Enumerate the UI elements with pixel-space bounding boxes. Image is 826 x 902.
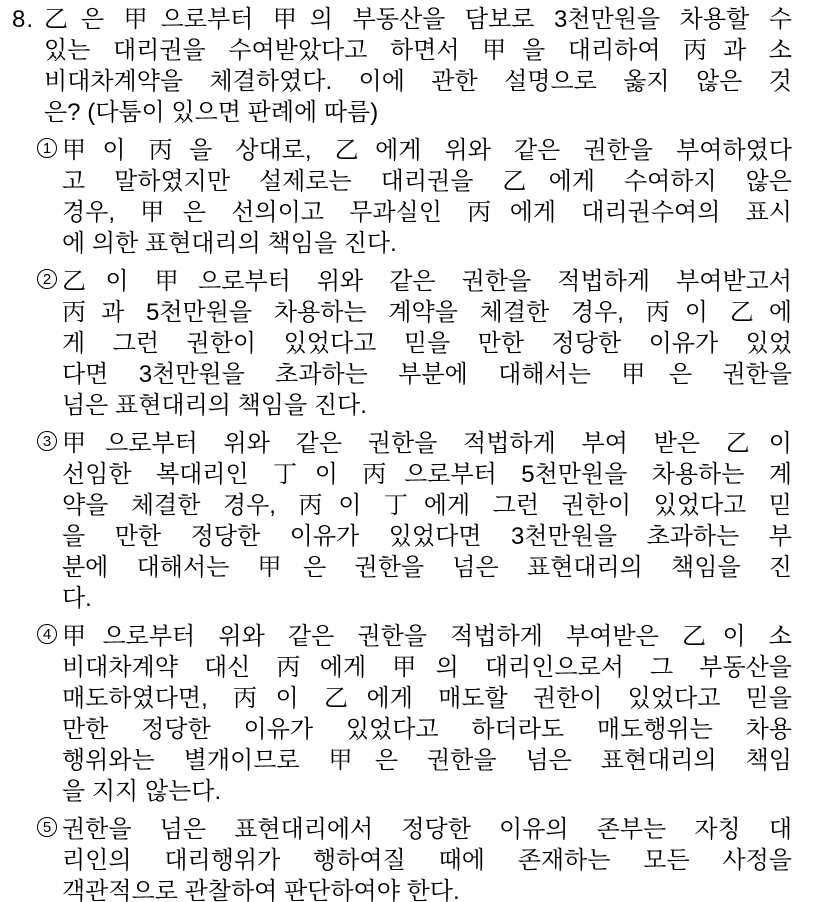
question-line: 乙은 甲으로부터 甲의 부동산을 담보로 3천만원을 차용할 수 [44, 4, 792, 35]
option-line: 게 그런 권한이 있었다고 믿을 만한 정당한 이유가 있었 [62, 328, 792, 359]
option-line: 을 만한 정당한 이유가 있었다면 3천만원을 초과하는 부 [62, 521, 792, 552]
option-line: 객관적으로 관찰하여 판단하여야 한다. [62, 876, 792, 902]
option-line: 다. [62, 583, 792, 614]
option-line: 넘은 표현대리의 책임을 진다. [62, 390, 792, 421]
option-line: 약을 체결한 경우, 丙이 丁에게 그런 권한이 있었다고 믿 [62, 490, 792, 521]
option-line: 권한을 넘은 표현대리에서 정당한 이유의 존부는 자칭 대 [62, 814, 792, 845]
option-1: 1 甲이 丙을 상대로, 乙에게 위와 같은 권한을 부여하였다 고 말하였지만… [62, 135, 792, 259]
exam-document: 8. 乙은 甲으로부터 甲의 부동산을 담보로 3천만원을 차용할 수 있는 대… [0, 0, 826, 902]
option-line: 매도하였다면, 丙이 乙에게 매도할 권한이 있었다고 믿을 [62, 683, 792, 714]
option-line: 甲이 丙을 상대로, 乙에게 위와 같은 권한을 부여하였다 [62, 135, 792, 166]
option-line: 만한 정당한 이유가 있었다고 하더라도 매도행위는 차용 [62, 714, 792, 745]
option-4-circled-number: 4 [37, 624, 57, 644]
option-line: 고 말하였지만 설제로는 대리권을 乙에게 수여하지 않은 [62, 166, 792, 197]
option-line: 을 지지 않는다. [62, 776, 792, 807]
option-5-circled-number: 5 [37, 817, 57, 837]
option-line: 분에 대해서는 甲은 권한을 넘은 표현대리의 책임을 진 [62, 552, 792, 583]
option-line: 다면 3천만원을 초과하는 부분에 대해서는 甲은 권한을 [62, 359, 792, 390]
option-line: 리인의 대리행위가 행하여질 때에 존재하는 모든 사정을 [62, 845, 792, 876]
option-4: 4 甲으로부터 위와 같은 권한을 적법하게 부여받은 乙이 소 비대차계약 대… [62, 621, 792, 807]
option-line: 선임한 복대리인 丁이 丙으로부터 5천만원을 차용하는 계 [62, 459, 792, 490]
option-line: 丙과 5천만원을 차용하는 계약을 체결한 경우, 丙이 乙에 [62, 297, 792, 328]
question-8: 8. 乙은 甲으로부터 甲의 부동산을 담보로 3천만원을 차용할 수 있는 대… [44, 4, 792, 128]
question-line: 비대차계약을 체결하였다. 이에 관한 설명으로 옳지 않은 것 [44, 66, 792, 97]
option-3: 3 甲으로부터 위와 같은 권한을 적법하게 부여 받은 乙이 선임한 복대리인… [62, 428, 792, 614]
question-line: 있는 대리권을 수여받았다고 하면서 甲을 대리하여 丙과 소 [44, 35, 792, 66]
option-3-circled-number: 3 [37, 431, 57, 451]
option-line: 행위와는 별개이므로 甲은 권한을 넘은 표현대리의 책임 [62, 745, 792, 776]
option-line: 甲으로부터 위와 같은 권한을 적법하게 부여받은 乙이 소 [62, 621, 792, 652]
option-line: 비대차계약 대신 丙에게 甲의 대리인으로서 그 부동산을 [62, 652, 792, 683]
option-2: 2 乙이 甲으로부터 위와 같은 권한을 적법하게 부여받고서 丙과 5천만원을… [62, 266, 792, 421]
question-number: 8. [12, 4, 42, 35]
option-1-circled-number: 1 [37, 138, 57, 158]
question-line: 은? (다툼이 있으면 판례에 따름) [44, 97, 792, 128]
option-2-circled-number: 2 [37, 269, 57, 289]
option-line: 에 의한 표현대리의 책임을 진다. [62, 228, 792, 259]
option-line: 甲으로부터 위와 같은 권한을 적법하게 부여 받은 乙이 [62, 428, 792, 459]
option-line: 경우, 甲은 선의이고 무과실인 丙에게 대리권수여의 표시 [62, 197, 792, 228]
option-line: 乙이 甲으로부터 위와 같은 권한을 적법하게 부여받고서 [62, 266, 792, 297]
option-5: 5 권한을 넘은 표현대리에서 정당한 이유의 존부는 자칭 대 리인의 대리행… [62, 814, 792, 902]
